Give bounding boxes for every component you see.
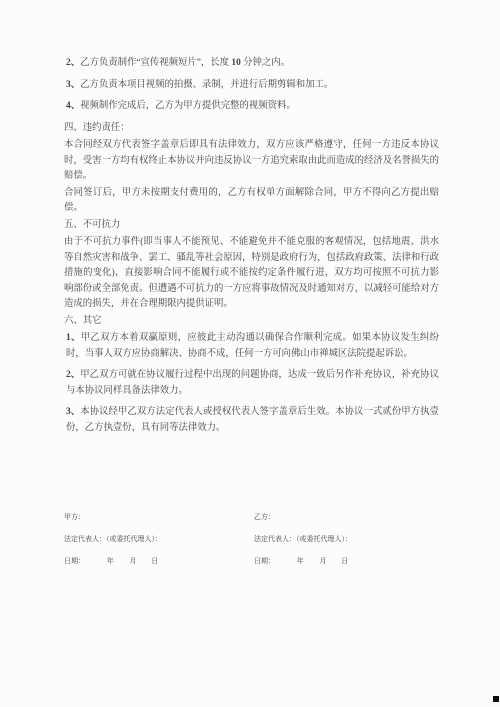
party-a-signature-block: 甲方： 法定代表人：（或委托代理人）： 日期： 年 月 日: [64, 506, 254, 572]
party-b-signature-block: 乙方： 法定代表人：（或委托代理人）： 日期： 年 月 日: [254, 506, 352, 572]
list-item: 3、本协议经甲乙双方法定代表人或授权代表人签字盖章后生效。本协议一式贰份甲方执壹…: [66, 405, 439, 436]
signature-section: 甲方： 法定代表人：（或委托代理人）： 日期： 年 月 日 乙方： 法定代表人：…: [64, 506, 500, 572]
party-b-month-label: 月: [320, 550, 327, 572]
section-heading: 六、其它: [64, 314, 439, 330]
document-body: 2、乙方负责制作“宣传视频短片”，长度 10 分钟之内。3、乙方负责本项目视频的…: [64, 56, 439, 442]
party-b-date-line: 日期： 年 月 日: [254, 550, 352, 572]
party-a-year-label: 年: [107, 550, 114, 572]
party-b-label: 乙方：: [254, 506, 352, 528]
party-a-day-label: 日: [151, 550, 158, 572]
party-a-label: 甲方：: [64, 506, 254, 528]
list-item: 3、乙方负责本项目视频的拍摄、录制，并进行后期剪辑和加工。: [66, 78, 439, 94]
section-heading: 五、不可抗力: [64, 218, 439, 234]
list-item: 1、甲乙双方本着双赢原则，应彼此主动沟通以确保合作顺利完成。如果本协议发生纠纷时…: [66, 331, 439, 362]
party-a-legal-representative: 法定代表人：（或委托代理人）：: [64, 528, 254, 550]
contract-document-page: 2、乙方负责制作“宣传视频短片”，长度 10 分钟之内。3、乙方负责本项目视频的…: [0, 0, 500, 707]
list-item: 4、视频制作完成后，乙方为甲方提供完整的视频资料。: [66, 99, 439, 115]
party-a-month-label: 月: [130, 550, 137, 572]
list-item: 2、乙方负责制作“宣传视频短片”，长度 10 分钟之内。: [66, 56, 439, 72]
paragraph: 合同签订后，甲方未按期支付费用的，乙方有权单方面解除合同，甲方不得向乙方提出赔偿…: [64, 186, 439, 217]
list-item: 2、甲乙双方可就在协议履行过程中出现的问题协商，达成一致后另作补充协议，补充协议…: [66, 368, 439, 399]
party-a-date-line: 日期： 年 月 日: [64, 550, 254, 572]
page-artifact-dot: [493, 696, 499, 702]
party-b-day-label: 日: [341, 550, 348, 572]
party-b-legal-representative: 法定代表人：（或委托代理人）：: [254, 528, 352, 550]
section-heading: 四、违约责任：: [64, 121, 439, 137]
party-b-date-label: 日期：: [254, 550, 275, 572]
party-a-date-label: 日期：: [64, 550, 85, 572]
paragraph: 本合同经双方代表签字盖章后即具有法律效力，双方应该严格遵守，任何一方违反本协议时…: [64, 138, 439, 185]
party-b-year-label: 年: [297, 550, 304, 572]
paragraph: 由于不可抗力事件(即当事人不能预见、不能避免并不能克服的客观情况，包括地震、洪水…: [64, 235, 439, 313]
